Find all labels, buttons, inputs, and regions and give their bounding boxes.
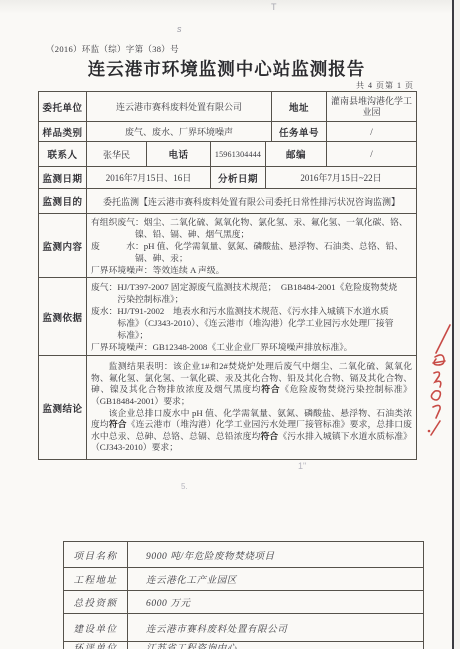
basis-line: 标准》； — [91, 329, 412, 341]
project-table: 项目名称 9000 吨/年危险废物焚烧项目 工程地址 连云港化工产业园区 总投资… — [63, 541, 424, 649]
row-dates: 监测日期 2016年7月15日、16日 分析日期 2016年7月15日~22日 — [39, 167, 416, 189]
content-line: 有组织废气：烟尘、二氧化硫、氮氧化物、氯化氢、汞、氟化氢、一氧化碳、铬、 — [91, 216, 412, 228]
report-title: 连云港市环境监测中心站监测报告 — [0, 56, 453, 81]
task-no-value: / — [327, 122, 416, 141]
conclusion-value: 监测结果表明：该企业1#和2#焚烧炉处理后废气中烟尘、二氧化硫、氮氧化物、氟化氢… — [87, 356, 416, 459]
row-conclusion: 监测结论 监测结果表明：该企业1#和2#焚烧炉处理后废气中烟尘、二氧化硫、氮氧化… — [39, 356, 416, 459]
scan-artifact-mark-s: s — [177, 24, 182, 34]
address-label: 地址 — [272, 92, 327, 121]
basis-line: 废水：HJ/T91-2002 地表水和污水监测技术规范、《污水排入城镇下水道水质 — [91, 305, 412, 317]
project-name-value: 9000 吨/年危险废物焚烧项目 — [128, 542, 423, 567]
monitor-date-value: 2016年7月15日、16日 — [87, 167, 211, 188]
scanned-report-page: T s 1" 5. （2016）环监（综）字第（38）号 连云港市环境监测中心站… — [0, 0, 460, 649]
content-line: 厂界环境噪声：等效连续 A 声级。 — [91, 264, 412, 276]
project-address-label: 工程地址 — [64, 568, 128, 590]
content-label: 监测内容 — [39, 214, 87, 277]
content-line: 镉、砷、汞； — [91, 252, 412, 264]
project-row-name: 项目名称 9000 吨/年危险废物焚烧项目 — [64, 542, 423, 568]
content-line: 镍、铅、镉、砷、烟气黑度； — [91, 228, 412, 240]
purpose-value: 委托监测【连云港市赛科废料处置有限公司委托日常性排污状况咨询监测】 — [87, 189, 416, 213]
red-ink-handwriting — [423, 323, 455, 438]
basis-line: 污染控制标准》； — [91, 293, 412, 305]
project-row-builder: 建设单位 连云港市赛科废料处置有限公司 — [64, 614, 423, 642]
basis-label: 监测依据 — [39, 278, 87, 355]
analysis-date-label: 分析日期 — [211, 167, 266, 188]
basis-line: 厂界环境噪声：GB12348-2008《工业企业厂界环境噪声排放标准》。 — [91, 341, 412, 353]
client-value: 连云港市赛科废料处置有限公司 — [87, 92, 272, 121]
scan-artifact-mark-top: T — [271, 2, 277, 12]
basis-line: 标准》（CJ343-2010）、《连云港市（堆沟港）化学工业园污水处理厂接管 — [91, 317, 412, 329]
project-investment-value: 6000 万元 — [128, 591, 423, 613]
task-no-label: 任务单号 — [272, 122, 327, 141]
analysis-date-value: 2016年7月15日~22日 — [266, 167, 416, 188]
project-investment-label: 总投资额 — [64, 591, 128, 613]
monitor-date-label: 监测日期 — [39, 167, 87, 188]
scan-edge-margin — [454, 0, 460, 649]
contact-value: 张华民 — [87, 142, 147, 166]
sample-type-label: 样品类别 — [39, 122, 87, 141]
row-purpose: 监测目的 委托监测【连云港市赛科废料处置有限公司委托日常性排污状况咨询监测】 — [39, 189, 416, 214]
phone-label: 电话 — [147, 142, 211, 166]
row-sample-type: 样品类别 废气、废水、厂界环境噪声 任务单号 / — [39, 122, 416, 142]
row-contact: 联系人 张华民 电话 15961304444 邮编 / — [39, 142, 416, 167]
purpose-label: 监测目的 — [39, 189, 87, 213]
project-builder-value: 连云港市赛科废料处置有限公司 — [128, 614, 423, 641]
postcode-value: / — [327, 142, 416, 166]
row-client: 委托单位 连云港市赛科废料处置有限公司 地址 灌南县堆沟港化学工业园 — [39, 92, 416, 122]
project-row-investment: 总投资额 6000 万元 — [64, 591, 423, 614]
project-cutoff-value: 江苏省工程咨询中心 — [128, 642, 423, 649]
info-table: 委托单位 连云港市赛科废料处置有限公司 地址 灌南县堆沟港化学工业园 样品类别 … — [38, 91, 417, 460]
basis-line: 废气：HJ/T397-2007 固定源废气监测技术规范； GB18484-200… — [91, 281, 412, 293]
sample-type-value: 废气、废水、厂界环境噪声 — [87, 122, 272, 141]
conclusion-paragraph: 监测结果表明：该企业1#和2#焚烧炉处理后废气中烟尘、二氧化硫、氮氧化物、氟化氢… — [91, 361, 412, 407]
phone-value: 15961304444 — [211, 142, 266, 166]
project-row-address: 工程地址 连云港化工产业园区 — [64, 568, 423, 591]
address-value: 灌南县堆沟港化学工业园 — [327, 92, 416, 121]
project-cutoff-label: 环评单位 — [64, 642, 128, 649]
row-content: 监测内容 有组织废气：烟尘、二氧化硫、氮氧化物、氯化氢、汞、氟化氢、一氧化碳、铬… — [39, 214, 416, 278]
project-name-label: 项目名称 — [64, 542, 128, 567]
conclusion-label: 监测结论 — [39, 356, 87, 459]
doc-number: （2016）环监（综）字第（38）号 — [46, 43, 179, 55]
contact-label: 联系人 — [39, 142, 87, 166]
project-builder-label: 建设单位 — [64, 614, 128, 641]
client-label: 委托单位 — [39, 92, 87, 121]
content-line: 废 水：pH 值、化学需氧量、氨氮、磷酸盐、悬浮物、石油类、总铬、铅、 — [91, 240, 412, 252]
scan-artifact-mark-5: 5. — [181, 482, 188, 491]
project-address-value: 连云港化工产业园区 — [128, 568, 423, 590]
content-value: 有组织废气：烟尘、二氧化硫、氮氧化物、氯化氢、汞、氟化氢、一氧化碳、铬、 镍、铅… — [87, 214, 416, 277]
basis-value: 废气：HJ/T397-2007 固定源废气监测技术规范； GB18484-200… — [87, 278, 416, 355]
page-indicator: 共 4 页第 1 页 — [356, 80, 414, 91]
conclusion-paragraph: 该企业总排口废水中 pH 值、化学需氧量、氨氮、磷酸盐、悬浮物、石油类浓度均符合… — [91, 408, 412, 454]
project-row-cutoff: 环评单位 江苏省工程咨询中心 — [64, 642, 423, 649]
scan-artifact-mark-1: 1" — [298, 461, 306, 471]
row-basis: 监测依据 废气：HJ/T397-2007 固定源废气监测技术规范； GB1848… — [39, 278, 416, 356]
postcode-label: 邮编 — [266, 142, 327, 166]
